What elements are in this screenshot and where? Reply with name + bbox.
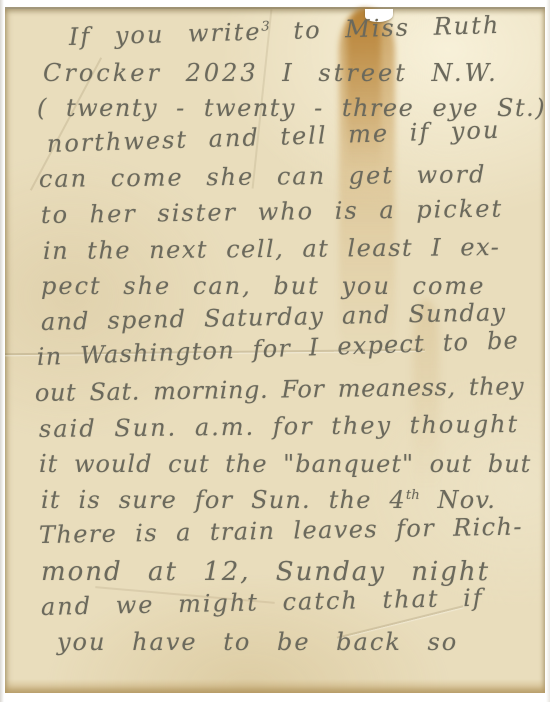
letter-body: If you write3 to Miss Ruth Crocker 2023 … [25, 23, 535, 664]
letter-line: out Sat. morning. For meaness, they [35, 372, 535, 415]
letter-line: to her sister who is a picket [41, 194, 535, 236]
letter-line: it would cut the "banquet" out but [39, 450, 535, 486]
paper-bottom-discoloration [5, 679, 545, 693]
letter-paper: If you write3 to Miss Ruth Crocker 2023 … [5, 7, 545, 693]
letter-line: said Sun. a.m. for they thought [39, 409, 535, 450]
letter-line: There is a train leaves for Rich- [39, 513, 536, 557]
letter-line: in the next cell, at least I ex- [43, 232, 535, 272]
scan-background: If you write3 to Miss Ruth Crocker 2023 … [0, 0, 550, 702]
letter-line: If you write3 to Miss Ruth [69, 10, 536, 59]
letter-line: you have to be back so [57, 628, 535, 664]
ordinal-superscript: th [406, 488, 420, 503]
letter-line: Crocker 2023 I street N.W. [43, 59, 535, 95]
